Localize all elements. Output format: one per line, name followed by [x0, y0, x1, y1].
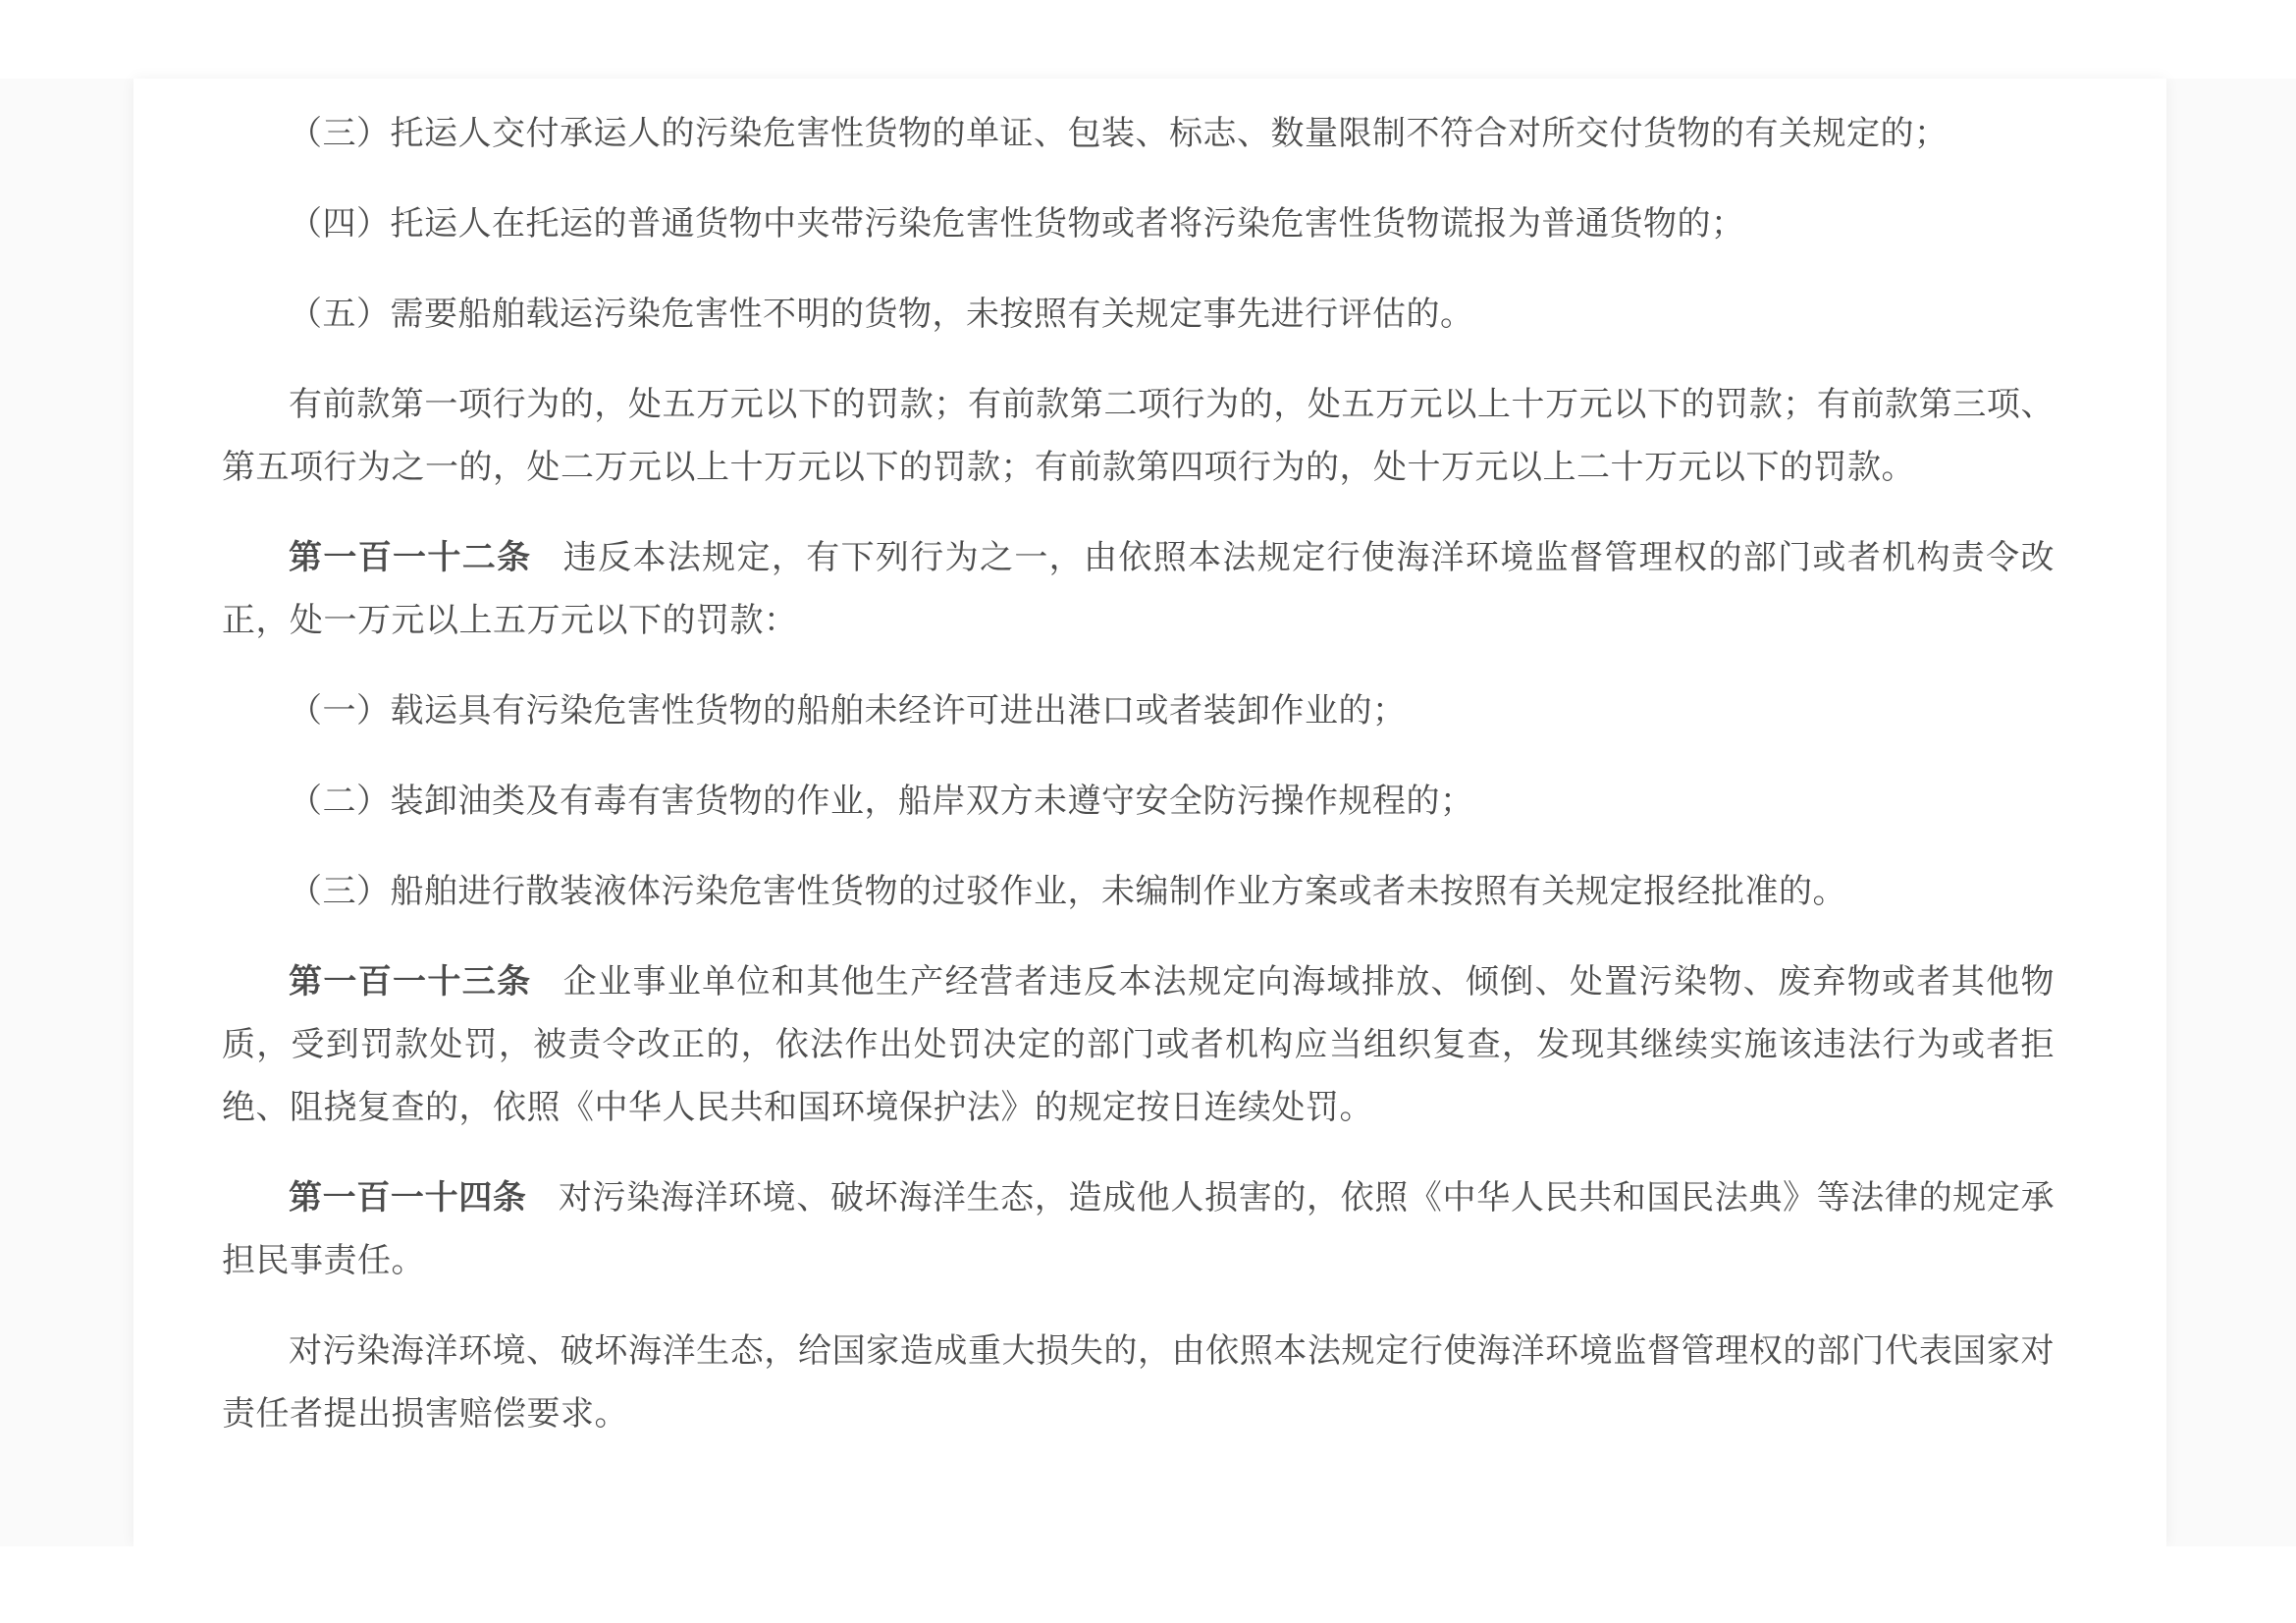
bottom-white-strip — [0, 1546, 2296, 1623]
article-paragraph: 第一百一十三条企业事业单位和其他生产经营者违反本法规定向海域排放、倾倒、处置污染… — [222, 950, 2055, 1139]
article-number: 第一百一十四条 — [289, 1179, 527, 1217]
list-item-paragraph: （四）托运人在托运的普通货物中夹带污染危害性货物或者将污染危害性货物谎报为普通货… — [222, 192, 2055, 255]
document-band: （三）托运人交付承运人的污染危害性货物的单证、包装、标志、数量限制不符合对所交付… — [0, 79, 2296, 1546]
list-item-paragraph: （三）船舶进行散装液体污染危害性货物的过驳作业，未编制作业方案或者未按照有关规定… — [222, 860, 2055, 923]
article-number: 第一百一十二条 — [289, 539, 531, 576]
list-item-paragraph: （五）需要船舶载运污染危害性不明的货物，未按照有关规定事先进行评估的。 — [222, 283, 2055, 346]
article-number: 第一百一十三条 — [289, 963, 531, 1001]
article-paragraph: 第一百一十二条违反本法规定，有下列行为之一，由依照本法规定行使海洋环境监督管理权… — [222, 526, 2055, 652]
legal-paragraph: 有前款第一项行为的，处五万元以下的罚款；有前款第二项行为的，处五万元以上十万元以… — [222, 373, 2055, 499]
top-white-strip — [0, 0, 2296, 79]
list-item-paragraph: （三）托运人交付承运人的污染危害性货物的单证、包装、标志、数量限制不符合对所交付… — [222, 102, 2055, 165]
document-page: （三）托运人交付承运人的污染危害性货物的单证、包装、标志、数量限制不符合对所交付… — [133, 79, 2166, 1546]
page: { "colors": { "text": "#4c4c4c", "page_b… — [0, 0, 2296, 1623]
list-item-paragraph: （二）装卸油类及有毒有害货物的作业，船岸双方未遵守安全防污操作规程的； — [222, 770, 2055, 833]
article-paragraph: 第一百一十四条对污染海洋环境、破坏海洋生态，造成他人损害的，依照《中华人民共和国… — [222, 1166, 2055, 1292]
legal-paragraph: 对污染海洋环境、破坏海洋生态，给国家造成重大损失的，由依照本法规定行使海洋环境监… — [222, 1320, 2055, 1445]
list-item-paragraph: （一）载运具有污染危害性货物的船舶未经许可进出港口或者装卸作业的； — [222, 679, 2055, 742]
